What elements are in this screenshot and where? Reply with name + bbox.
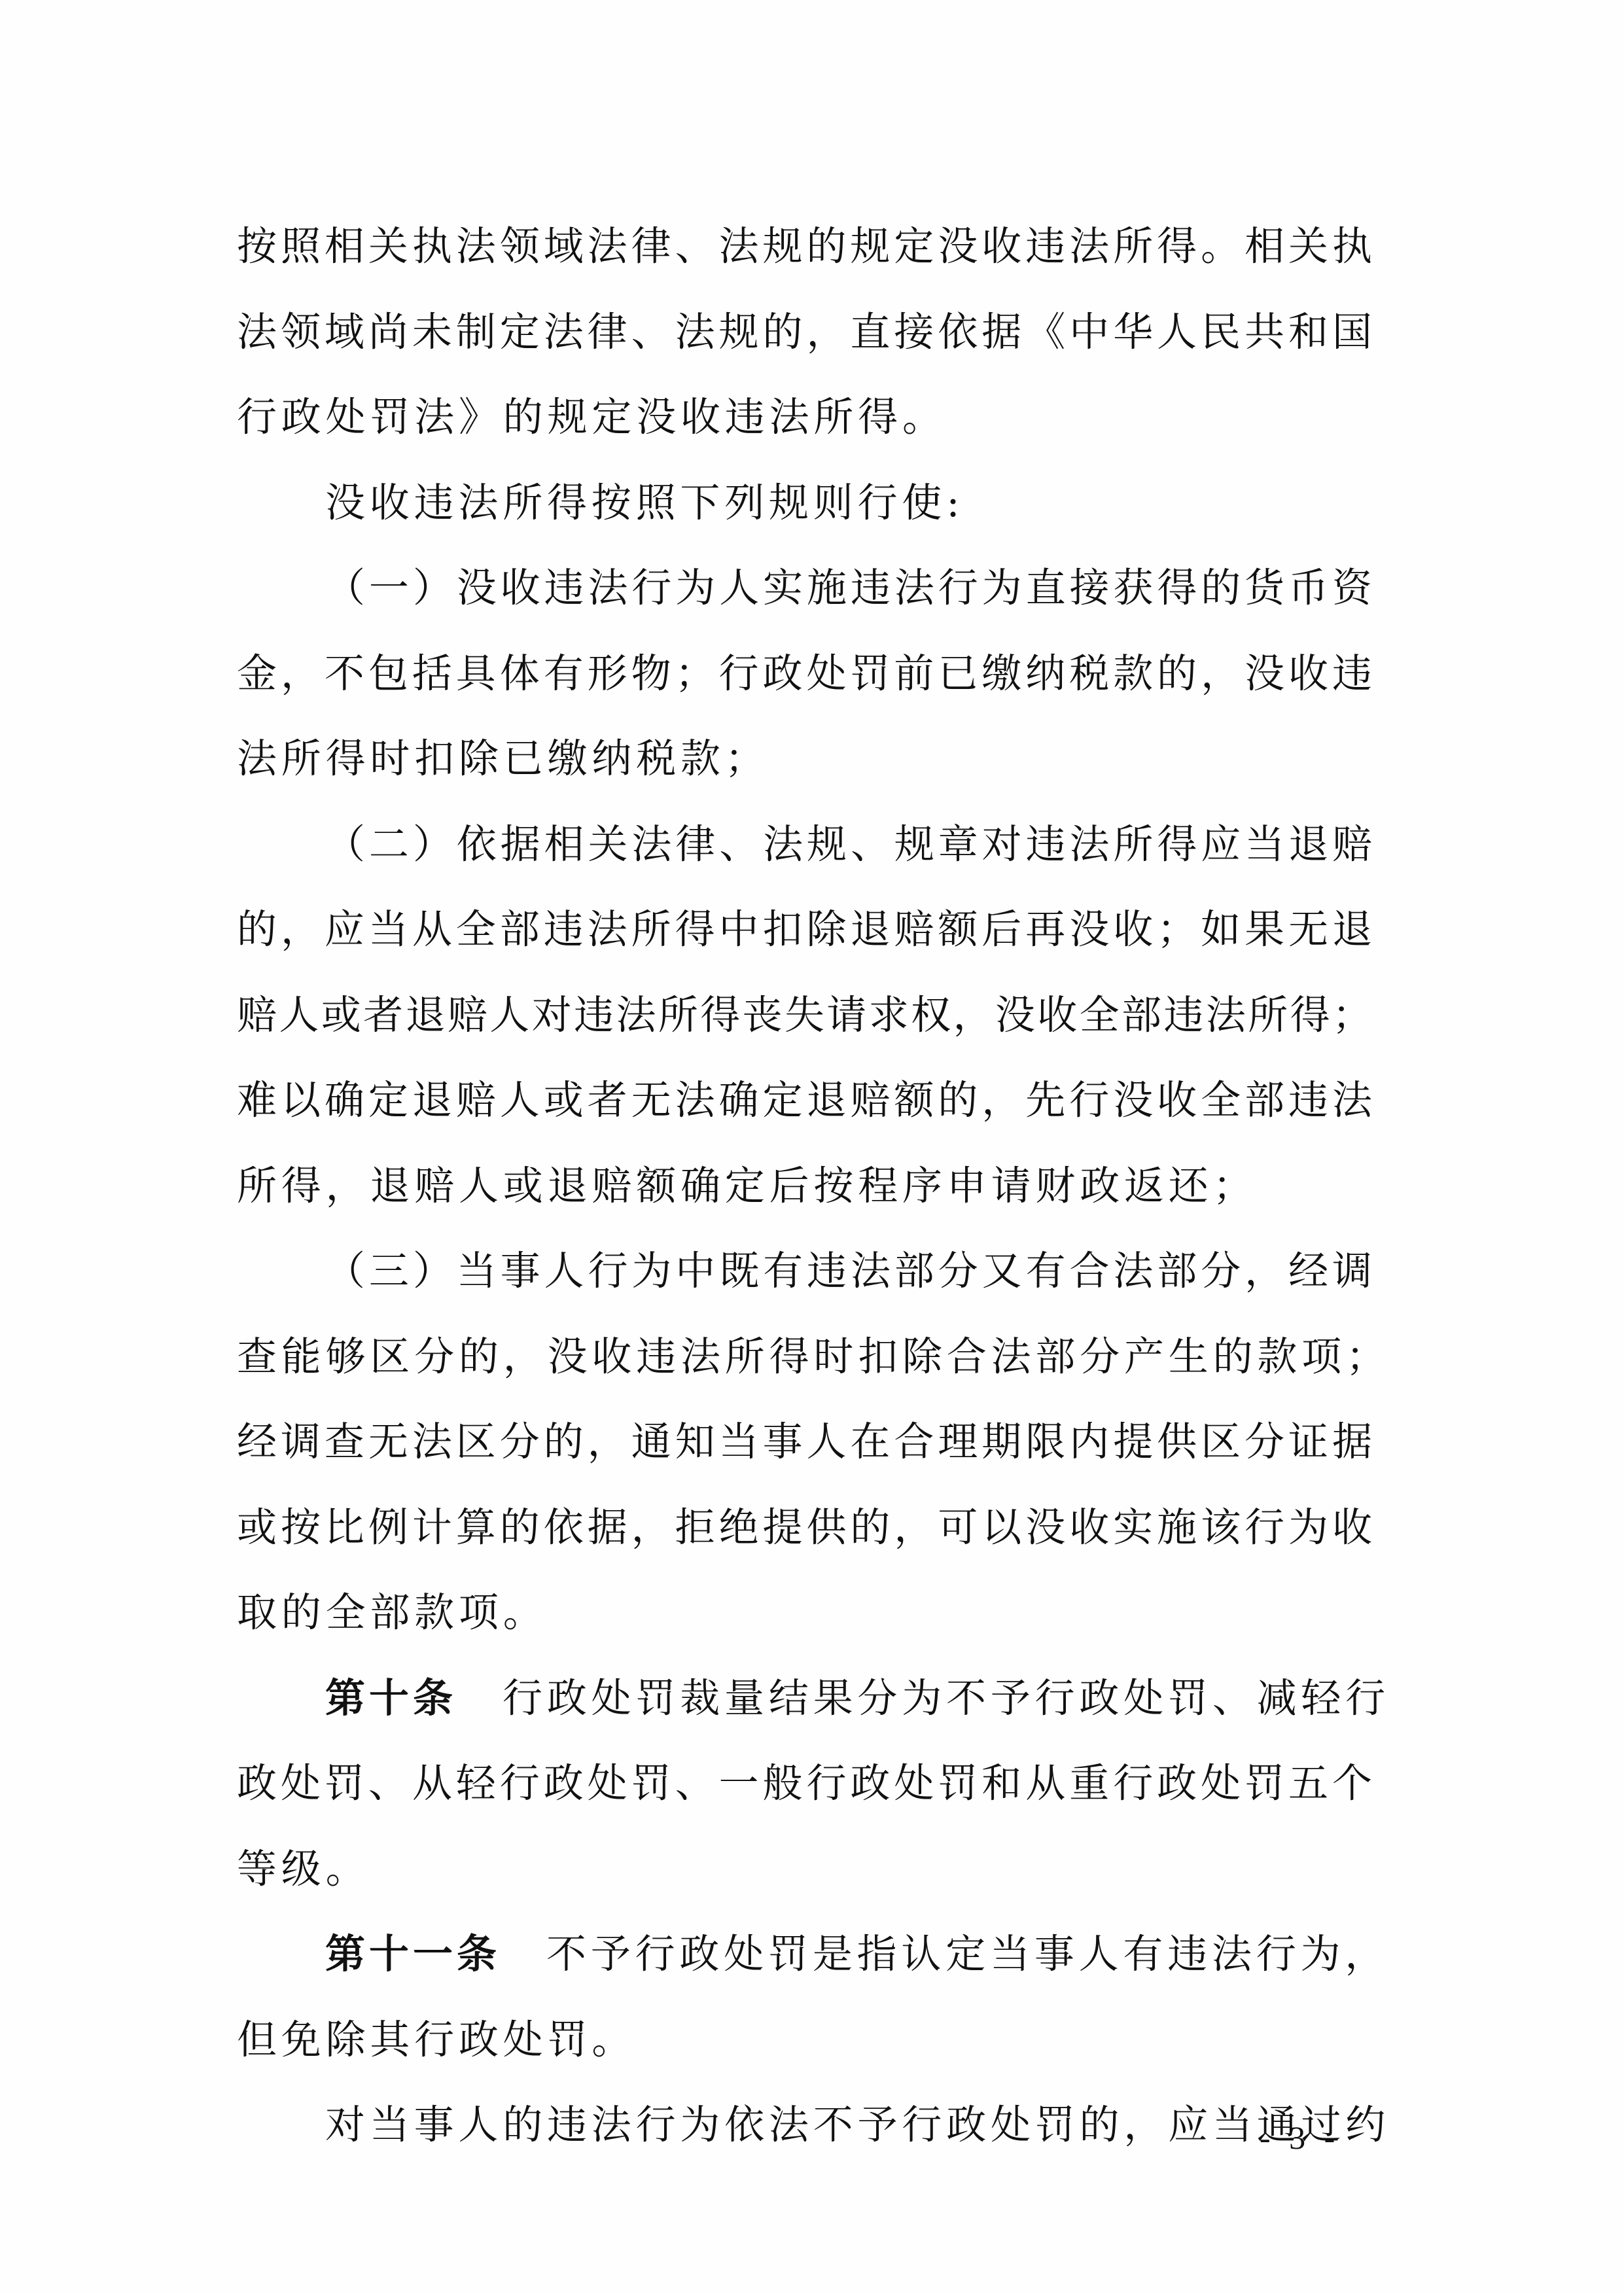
text-line: 政处罚、从轻行政处罚、一般行政处罚和从重行政处罚五个 (237, 1748, 1372, 1833)
text-line: 所得，退赔人或退赔额确定后按程序申请财政返还； (237, 1150, 1372, 1236)
text-line: 的，应当从全部违法所得中扣除退赔额后再没收；如果无退 (237, 894, 1372, 979)
text-line: 取的全部款项。 (237, 1577, 1372, 1663)
text-line: 金，不包括具体有形物；行政处罚前已缴纳税款的，没收违 (237, 638, 1372, 724)
text-line: 赔人或者退赔人对违法所得丧失请求权，没收全部违法所得； (237, 979, 1372, 1065)
text-line: 按照相关执法领域法律、法规的规定没收违法所得。相关执 (237, 211, 1372, 296)
text-line: 或按比例计算的依据，拒绝提供的，可以没收实施该行为收 (237, 1492, 1372, 1578)
rule-item-2: （二）依据相关法律、法规、规章对违法所得应当退赔 (237, 809, 1372, 894)
text-line: 对当事人的违法行为依法不予行政处罚的，应当通过约 (237, 2089, 1372, 2175)
text-line: 查能够区分的，没收违法所得时扣除合法部分产生的款项； (237, 1321, 1372, 1407)
text-line: 行政处罚法》的规定没收违法所得。 (237, 381, 1372, 467)
article-11-heading: 第十一条 (325, 1931, 501, 1977)
rule-item-1: （一）没收违法行为人实施违法行为直接获得的货币资 (237, 552, 1372, 638)
text-line: 等级。 (237, 1833, 1372, 1919)
text-line: 法所得时扣除已缴纳税款； (237, 723, 1372, 809)
paragraph-intro: 没收违法所得按照下列规则行使: (237, 467, 1372, 553)
text-line: 法领域尚未制定法律、法规的，直接依据《中华人民共和国 (237, 296, 1372, 382)
text-line: 经调查无法区分的，通知当事人在合理期限内提供区分证据 (237, 1406, 1372, 1492)
text-line: 难以确定退赔人或者无法确定退赔额的，先行没收全部违法 (237, 1065, 1372, 1150)
page-number: - 3 - (1260, 2119, 1340, 2157)
article-10: 第十条行政处罚裁量结果分为不予行政处罚、减轻行 (237, 1663, 1372, 1748)
article-11: 第十一条不予行政处罚是指认定当事人有违法行为， (237, 1918, 1372, 2004)
document-body: 按照相关执法领域法律、法规的规定没收违法所得。相关执 法领域尚未制定法律、法规的… (237, 211, 1372, 2175)
article-11-text: 不予行政处罚是指认定当事人有违法行为， (546, 1931, 1389, 1977)
document-page: 按照相关执法领域法律、法规的规定没收违法所得。相关执 法领域尚未制定法律、法规的… (0, 0, 1624, 2294)
article-10-text: 行政处罚裁量结果分为不予行政处罚、减轻行 (503, 1675, 1390, 1721)
rule-item-3: （三）当事人行为中既有违法部分又有合法部分，经调 (237, 1235, 1372, 1321)
text-line: 但免除其行政处罚。 (237, 2004, 1372, 2090)
article-10-heading: 第十条 (325, 1675, 457, 1721)
